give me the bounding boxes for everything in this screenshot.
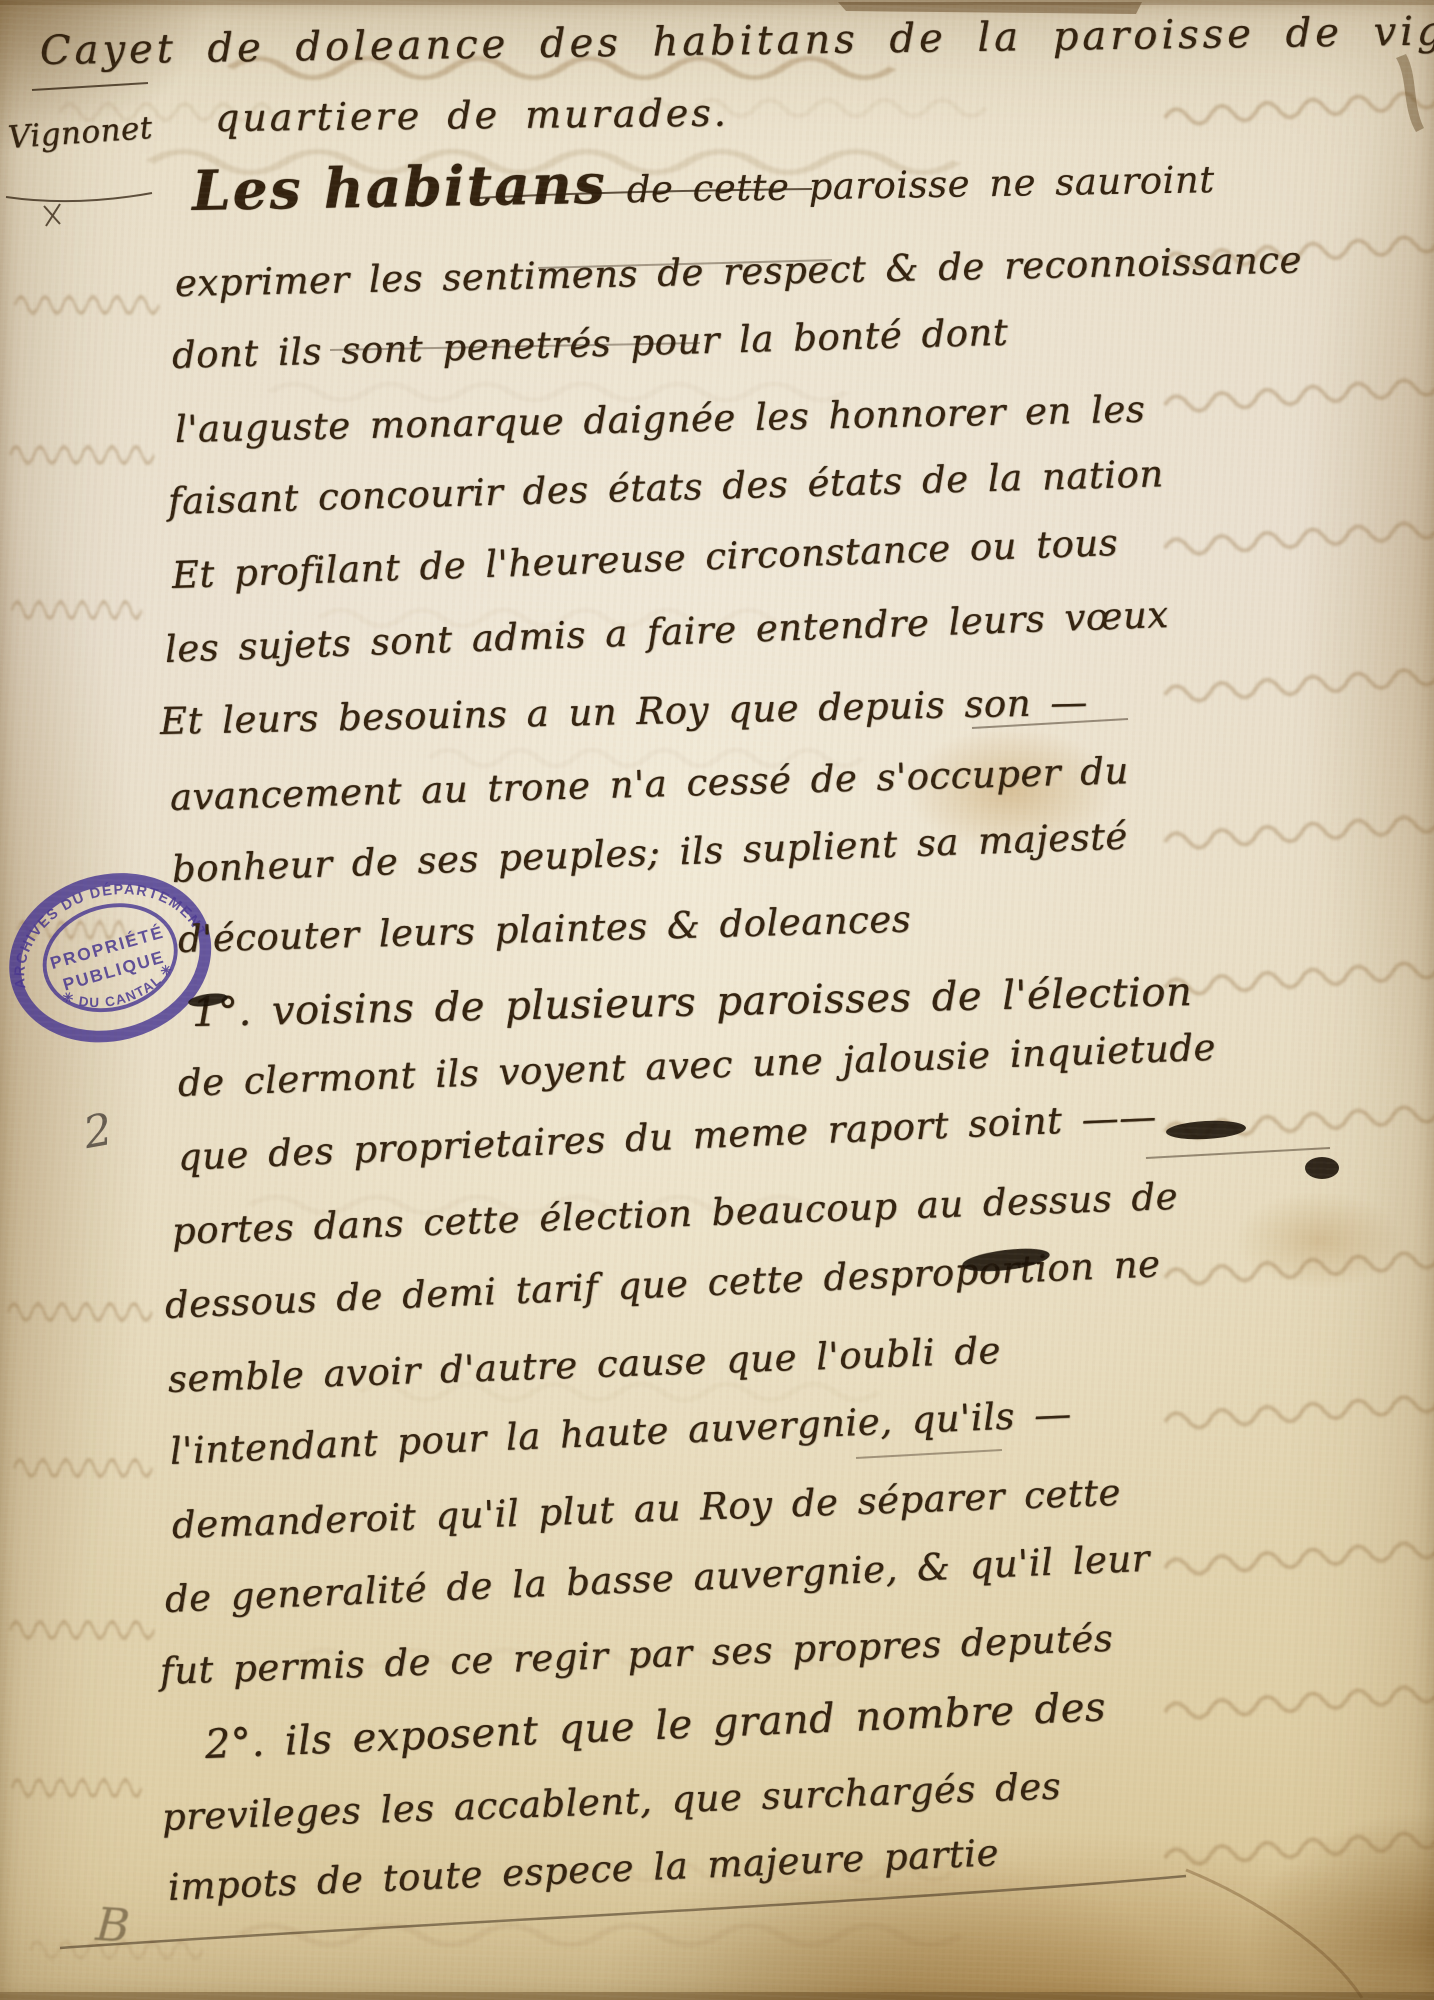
manuscript-line: bonheur de ses peuples; ils suplient sa … (171, 815, 1128, 891)
manuscript-line: Et leurs besouins a un Roy que depuis so… (160, 681, 1089, 743)
manuscript-line: dont ils sont penetrés pour la bonté don… (171, 311, 1008, 377)
manuscript-line: fut permis de ce regir par ses propres d… (159, 1617, 1114, 1693)
manuscript-line: impots de toute espece la majeure partie (167, 1831, 1000, 1909)
manuscript-line: l'auguste monarque daignée les honnorer … (175, 388, 1146, 451)
opening-words: Les habitans (191, 151, 607, 223)
margin-note: Vignonet (7, 110, 154, 156)
manuscript-line: Et profilant de l'heureuse circonstance … (171, 521, 1119, 597)
title-line-1: Cayet de doleance des habitans de la par… (40, 6, 1434, 74)
opening-continuation: de cette paroisse ne sauroint (626, 158, 1215, 211)
manuscript-line: avancement au trone n'a cessé de s'occup… (169, 749, 1129, 819)
manuscript-line: faisant concourir des états des états de… (167, 452, 1164, 523)
manuscript-line: de clermont ils voyent avec une jalousie… (177, 1026, 1216, 1105)
manuscript-line: previleges les accablent, que surchargés… (161, 1765, 1062, 1839)
manuscript-line: dessous de demi tarif que cette despropo… (164, 1242, 1161, 1327)
manuscript-line: portes dans cette élection beaucoup au d… (171, 1175, 1178, 1253)
manuscript-line: d'écouter leurs plaintes & doleances (177, 898, 911, 961)
handwritten-text-layer: Cayet de doleance des habitans de la par… (0, 0, 1434, 2000)
manuscript-line: que des proprietaires du meme raport soi… (177, 1095, 1157, 1179)
title-line-2: quartiere de murades. (215, 91, 729, 140)
manuscript-line: 2°. ils exposent que le grand nombre des (204, 1684, 1107, 1768)
body-opening-line: Les habitans de cette paroisse ne sauroi… (191, 140, 1215, 223)
manuscript-line: 1°. voisins de plusieurs paroisses de l'… (192, 969, 1193, 1036)
manuscript-line: semble avoir d'autre cause que l'oubli d… (167, 1329, 1001, 1401)
manuscript-line: demanderoit qu'il plut au Roy de séparer… (171, 1471, 1121, 1547)
corner-ink-mark: B (94, 1897, 131, 1953)
manuscript-line: de generalité de la basse auvergnie, & q… (164, 1537, 1151, 1621)
manuscript-page: ARCHIVES DU DÉPARTEMENT ✳ DU CANTAL ✳ PR… (0, 0, 1434, 2000)
manuscript-line: exprimer les sentimens de respect & de r… (175, 238, 1303, 305)
manuscript-line: l'intendant pour la haute auvergnie, qu'… (169, 1392, 1072, 1473)
manuscript-line: les sujets sont admis a faire entendre l… (164, 593, 1169, 671)
